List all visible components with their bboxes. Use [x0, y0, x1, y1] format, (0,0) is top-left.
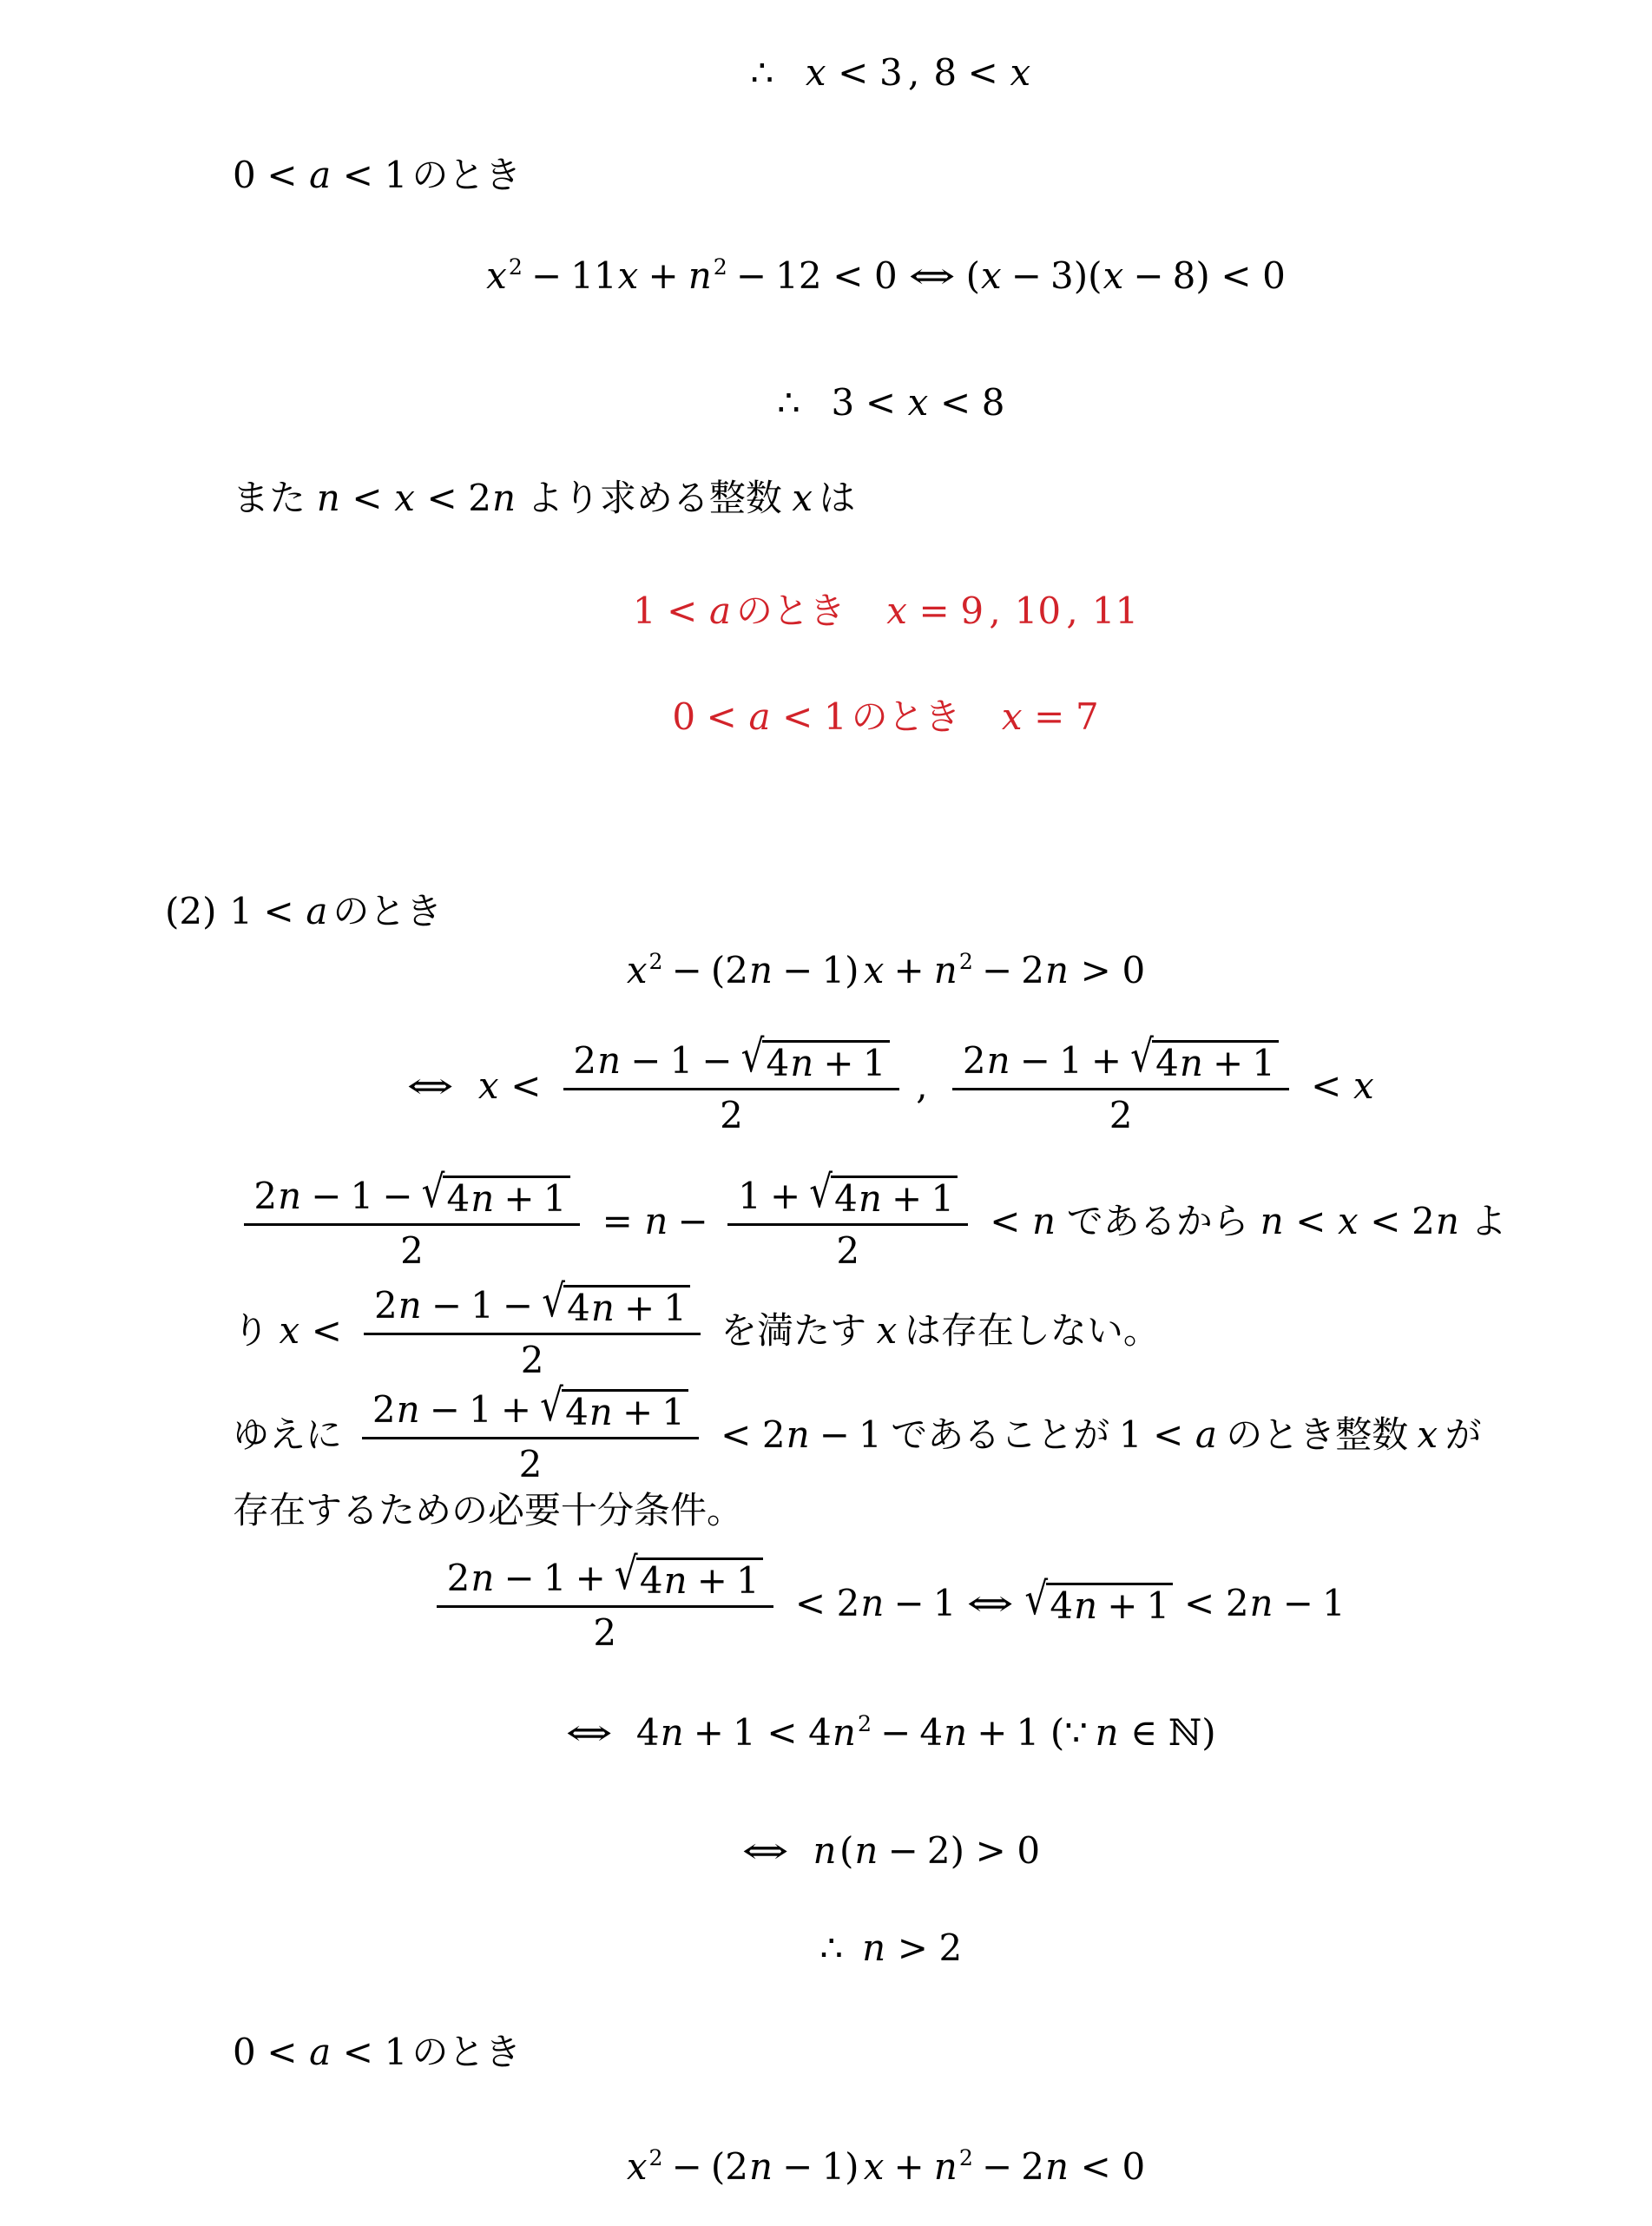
math-token: のとき [411, 2031, 521, 2073]
math-token: − [672, 949, 702, 991]
square-root: √4n+1 [1130, 1040, 1279, 1083]
fraction: 1+√4n+12 [727, 1174, 968, 1274]
document-page: { "colors": { "text": "#000000", "answer… [0, 0, 1652, 2226]
math-token: n [933, 949, 958, 991]
math-token: < [1295, 1200, 1326, 1242]
math-token: 4 [636, 1711, 660, 1754]
radical-icon: √ [809, 1167, 833, 1216]
math-token: − [1133, 254, 1163, 297]
math-token: x [907, 381, 930, 424]
math-token: ( [839, 1829, 853, 1872]
eq-quadratic-lt-0: x2−(2n−1)x+n2−2n<0 [119, 2144, 1652, 2190]
math-token: x [876, 1309, 898, 1352]
radicand: 4n+1 [563, 1285, 690, 1328]
superscript: 2 [858, 1711, 872, 1736]
math-token: 1 [633, 589, 656, 632]
math-token: 存在するための必要十分条件。 [233, 1489, 743, 1531]
math-token: a [708, 589, 732, 632]
math-token: ) [1201, 1711, 1215, 1754]
math-token: 4 [640, 1559, 663, 1602]
math-token: x [1009, 51, 1031, 94]
math-token: n [1073, 1584, 1098, 1627]
math-token: < [312, 1309, 342, 1352]
math-token: 7 [1076, 695, 1099, 738]
math-token: n [688, 254, 713, 297]
math-token: − [736, 254, 767, 297]
math-token: 1 [1147, 1584, 1170, 1627]
eq-n-n-minus-2: ⇔n(n−2)>0 [119, 1828, 1652, 1874]
math-token: < [990, 1200, 1020, 1242]
math-token: n [1435, 1200, 1460, 1242]
math-token: n [853, 1829, 879, 1872]
math-token: ℕ [1168, 1711, 1201, 1754]
math-token: 1 [821, 949, 845, 991]
math-token: x [393, 477, 416, 519]
math-token: 2 [573, 1039, 596, 1082]
math-token: ⇔ [908, 254, 956, 300]
math-token: a [1195, 1413, 1218, 1456]
math-token: n [589, 1391, 614, 1433]
math-token: 2 [725, 949, 748, 991]
math-token: − [531, 254, 562, 297]
math-token: , [1066, 589, 1077, 632]
math-token: < [427, 477, 457, 519]
math-token: x [279, 1309, 301, 1352]
math-token: ∈ [1130, 1711, 1157, 1754]
math-token: + [624, 1287, 655, 1329]
therefore-3-x-8: ∴3<x<8 [119, 380, 1652, 426]
fraction-denominator: 2 [437, 1605, 773, 1656]
math-token: − [503, 1284, 533, 1327]
math-token: ( [966, 254, 980, 297]
math-token: < [1153, 1413, 1183, 1456]
math-token: , [916, 1064, 927, 1107]
math-token: ∴ [750, 51, 773, 94]
math-token: 2 [837, 1582, 860, 1624]
math-token: ⇔ [407, 1064, 455, 1110]
math-token: のとき [411, 154, 521, 196]
radical-icon: √ [422, 1167, 445, 1216]
square-root: √4n+1 [741, 1040, 890, 1083]
radicand: 4n+1 [762, 1040, 889, 1083]
math-token: n [660, 1711, 685, 1754]
math-token: 1 [1252, 1042, 1275, 1084]
math-token: x [863, 949, 885, 991]
fraction-numerator: 1+√4n+1 [727, 1174, 968, 1223]
math-token: = [602, 1200, 633, 1242]
text-integer-condition: またn<x<2nより求める整数xは [233, 476, 855, 522]
fraction: 2n−1+√4n+12 [952, 1038, 1289, 1139]
math-token: n [1044, 949, 1070, 991]
math-token: 0 [1262, 254, 1286, 297]
math-token: ) [845, 949, 859, 991]
math-token: − [888, 1829, 918, 1872]
superscript: 2 [959, 2145, 973, 2170]
math-token: − [819, 1413, 850, 1456]
math-token: ) [845, 2145, 859, 2188]
math-token: が [1445, 1413, 1482, 1456]
radicand: 4n+1 [1046, 1583, 1173, 1626]
math-token: < [352, 477, 382, 519]
math-token: のとき [852, 695, 961, 738]
math-token: 1 [738, 1175, 761, 1217]
square-root: √4n+1 [422, 1176, 570, 1219]
math-token: ( [1050, 1711, 1064, 1754]
math-token: n [1249, 1582, 1274, 1624]
math-token: < [264, 890, 294, 932]
math-token: < [721, 1413, 751, 1456]
fraction: 2n−1−√4n+12 [244, 1174, 581, 1274]
math-token: − [311, 1175, 341, 1217]
math-token: 0 [233, 154, 256, 196]
math-token: 1 [1059, 1039, 1083, 1082]
fraction: 2n−1+√4n+12 [437, 1556, 773, 1656]
math-token: 1 [863, 1042, 886, 1084]
math-token: a [305, 890, 328, 932]
math-token: n [398, 1284, 423, 1327]
math-token: n [316, 477, 341, 519]
math-token: ) [951, 1829, 964, 1872]
math-token: 2 [1226, 1582, 1249, 1624]
math-token: 2 [1412, 1200, 1435, 1242]
square-root: √4n+1 [809, 1176, 958, 1219]
math-token: x [485, 254, 508, 297]
math-token: x [1001, 695, 1023, 738]
radical-icon: √ [1130, 1031, 1154, 1081]
math-token: + [1091, 1039, 1122, 1082]
math-token: 1 [1322, 1582, 1346, 1624]
math-token: < [267, 154, 297, 196]
math-token: a [308, 2031, 332, 2073]
math-token: − [782, 2145, 813, 2188]
math-token: + [503, 1177, 534, 1220]
math-token: ⇔ [741, 1828, 789, 1874]
square-root: √4n+1 [542, 1285, 690, 1328]
math-token: は [819, 477, 855, 519]
math-token: − [678, 1200, 708, 1242]
fraction-denominator: 2 [727, 1223, 968, 1274]
math-token: x [805, 51, 827, 94]
math-token: 12 [775, 254, 821, 297]
math-token: + [694, 1711, 724, 1754]
math-token: − [431, 1284, 462, 1327]
para-sufficient-condition-1: ゆえに2n−1+√4n+12<2n−1であることが1<aのとき整数xが [233, 1387, 1482, 1488]
math-token: n [943, 1711, 968, 1754]
math-token: x [980, 254, 1003, 297]
math-token: x [1102, 254, 1125, 297]
math-token: < [343, 2031, 373, 2073]
math-token: 0 [1122, 2145, 1145, 2188]
math-token: 1 [1017, 1711, 1040, 1754]
math-token: x [617, 254, 640, 297]
math-token: 2 [372, 1388, 396, 1431]
math-token: 8 [982, 381, 1005, 424]
math-token: − [430, 1388, 460, 1431]
math-token: 2 [1109, 1094, 1133, 1136]
square-root: √4n+1 [1024, 1583, 1173, 1626]
math-token: + [648, 254, 678, 297]
section-2-case-label: (2)1<aのとき [165, 889, 442, 935]
math-token: n [596, 1039, 622, 1082]
square-root: √4n+1 [615, 1558, 763, 1601]
math-token: 2 [521, 1339, 544, 1381]
math-token: ∵ [1064, 1711, 1088, 1754]
fraction-denominator: 2 [364, 1333, 701, 1384]
radicand: 4n+1 [562, 1389, 688, 1432]
math-token: )( [1074, 254, 1102, 297]
math-token: + [894, 2145, 925, 2188]
math-token: < [940, 381, 971, 424]
math-token: < [667, 589, 697, 632]
math-token: n [491, 477, 517, 519]
math-token: − [1020, 1039, 1050, 1082]
case-0-a-1-label: 0<a<1のとき [233, 153, 521, 199]
math-token: 4 [834, 1177, 858, 1220]
math-token: − [672, 2145, 702, 2188]
math-token: 11 [1092, 589, 1138, 632]
math-token: ) [1195, 254, 1209, 297]
math-token: n [1095, 1711, 1120, 1754]
math-token: 1 [821, 2145, 845, 2188]
math-token: x [626, 2145, 648, 2188]
math-token: 3 [879, 51, 903, 94]
math-token: より求める整数 [527, 477, 782, 519]
math-token: 1 [733, 1711, 756, 1754]
math-token: n [663, 1559, 688, 1602]
math-token: 8 [1173, 254, 1196, 297]
math-token: x [791, 477, 813, 519]
square-root: √4n+1 [540, 1389, 688, 1432]
math-token: 2 [374, 1284, 398, 1327]
math-token: のとき [332, 890, 442, 932]
math-token: 0 [672, 695, 695, 738]
math-token: n [858, 1177, 883, 1220]
math-token: a [308, 154, 332, 196]
math-token: < [767, 1711, 797, 1754]
math-token: < [968, 51, 998, 94]
math-token: 4 [1155, 1042, 1179, 1084]
math-token: であることが [891, 1413, 1109, 1456]
math-token: n [470, 1557, 495, 1599]
math-token: − [982, 949, 1012, 991]
math-token: 4 [447, 1177, 471, 1220]
math-token: 1 [543, 1177, 567, 1220]
math-token: n [859, 1582, 885, 1624]
math-token: n [861, 1926, 886, 1969]
math-token: < [510, 1064, 541, 1107]
math-token: 2 [720, 1094, 743, 1136]
math-token: + [1107, 1584, 1137, 1627]
eq-iff-x-bounds: ⇔x<2n−1−√4n+12,2n−1+√4n+12<x [119, 1038, 1652, 1139]
radicand: 4n+1 [636, 1558, 763, 1601]
math-token: 2 [593, 1611, 616, 1654]
math-token: 2 [253, 1175, 277, 1217]
math-token: 4 [1050, 1584, 1073, 1627]
math-token: n [748, 949, 773, 991]
radicand: 4n+1 [1152, 1040, 1279, 1083]
math-token: , [908, 51, 919, 94]
math-token: < [1221, 254, 1251, 297]
math-token: x [477, 1064, 500, 1107]
math-token: , [989, 589, 1000, 632]
math-token: − [782, 949, 813, 991]
math-token: < [1370, 1200, 1400, 1242]
math-token: − [894, 1582, 925, 1624]
fraction-denominator: 2 [244, 1223, 581, 1274]
math-token: は存在しない。 [905, 1309, 1160, 1352]
superscript: 2 [714, 254, 727, 280]
math-token: + [894, 949, 925, 991]
fraction: 2n−1+√4n+12 [362, 1387, 699, 1488]
math-token: < [707, 695, 737, 738]
case-0-a-1-label-2: 0<a<1のとき [233, 2030, 521, 2076]
math-token: x [1353, 1064, 1375, 1107]
math-token: 0 [874, 254, 898, 297]
math-token: 1 [736, 1559, 760, 1602]
math-token: (2) [165, 890, 217, 932]
eq-quadratic-gt-0: x2−(2n−1)x+n2−2n>0 [119, 948, 1652, 994]
math-token: < [833, 254, 863, 297]
math-token: n [1031, 1200, 1056, 1242]
math-token: 2 [468, 477, 491, 519]
therefore-x-ranges: ∴x<3,8<x [119, 50, 1652, 96]
math-token: 2 [1021, 949, 1044, 991]
math-token: n [396, 1388, 421, 1431]
math-token: のとき整数 [1226, 1413, 1408, 1456]
math-token: n [986, 1039, 1011, 1082]
fraction-denominator: 2 [563, 1088, 900, 1139]
radicand: 4n+1 [831, 1176, 958, 1219]
math-token: ⇔ [565, 1710, 613, 1756]
math-token: > [976, 1829, 1006, 1872]
math-token: であるから [1067, 1200, 1249, 1242]
math-token: 2 [400, 1229, 424, 1272]
math-token: n [643, 1200, 668, 1242]
math-token: < [267, 2031, 297, 2073]
math-token: ∴ [819, 1926, 843, 1969]
math-token: 4 [565, 1391, 589, 1433]
math-token: > [1081, 949, 1111, 991]
math-token: ( [711, 949, 725, 991]
math-token: n [1179, 1042, 1204, 1084]
math-token: 1 [661, 1391, 685, 1433]
radical-icon: √ [1024, 1573, 1048, 1623]
math-token: 1 [670, 1039, 694, 1082]
math-token: 2 [963, 1039, 986, 1082]
math-token: 1 [351, 1175, 374, 1217]
math-token: < [782, 695, 813, 738]
math-token: − [982, 2145, 1012, 2188]
math-token: 0 [233, 2031, 256, 2073]
math-token: 4 [808, 1711, 832, 1754]
fraction-numerator: 2n−1−√4n+1 [563, 1038, 900, 1088]
math-token: 0 [1017, 1829, 1040, 1872]
math-token: + [501, 1388, 531, 1431]
math-token: < [1311, 1064, 1341, 1107]
math-token: 1 [543, 1557, 567, 1599]
math-token: 2 [762, 1413, 786, 1456]
math-token: 3 [1050, 254, 1074, 297]
eq-factored-quadratic: x2−11x+n2−12<0⇔(x−3)(x−8)<0 [119, 254, 1652, 300]
eq-expanded: ⇔4n+1<4n2−4n+1(∵n∈ℕ) [119, 1710, 1652, 1756]
math-token: n [812, 1829, 837, 1872]
math-token: n [1044, 2145, 1070, 2188]
math-token: 1 [469, 1388, 492, 1431]
math-token: 2 [447, 1557, 471, 1599]
math-token: + [892, 1177, 922, 1220]
math-token: 1 [859, 1413, 882, 1456]
math-token: ( [711, 2145, 725, 2188]
math-token: 1 [824, 695, 847, 738]
math-token: n [832, 1711, 857, 1754]
radical-icon: √ [615, 1549, 638, 1598]
math-token: n [1260, 1200, 1285, 1242]
math-token: = [919, 589, 950, 632]
math-token: のとき [736, 589, 846, 632]
math-token: 2 [1021, 2145, 1044, 2188]
fraction: 2n−1−√4n+12 [563, 1038, 900, 1139]
math-token: 1 [385, 2031, 408, 2073]
math-token: 1 [931, 1177, 954, 1220]
math-token: x [626, 949, 648, 991]
math-token: x [1337, 1200, 1359, 1242]
math-token: 1 [1119, 1413, 1142, 1456]
math-token: + [823, 1042, 853, 1084]
math-token: 2 [836, 1229, 859, 1272]
math-token: + [770, 1175, 800, 1217]
math-token: − [504, 1557, 535, 1599]
math-token: x [885, 589, 908, 632]
fraction-denominator: 2 [362, 1437, 699, 1488]
math-token: 10 [1015, 589, 1061, 632]
para-fraction-compare-2: りx<2n−1−√4n+12を満たすxは存在しない。 [233, 1283, 1160, 1384]
math-token: 2 [519, 1443, 543, 1485]
math-token: x [863, 2145, 885, 2188]
math-token: n [789, 1042, 814, 1084]
superscript: 2 [959, 949, 973, 974]
math-token: < [343, 154, 373, 196]
math-token: 2 [725, 2145, 748, 2188]
fraction-numerator: 2n−1+√4n+1 [952, 1038, 1289, 1088]
math-token: − [880, 1711, 911, 1754]
math-token: を満たす [721, 1309, 866, 1352]
math-token: x [1416, 1413, 1438, 1456]
math-token: + [576, 1557, 606, 1599]
math-token: よ [1471, 1200, 1507, 1242]
math-token: 9 [960, 589, 984, 632]
math-token: < [1081, 2145, 1111, 2188]
math-token: < [795, 1582, 826, 1624]
math-token: − [1283, 1582, 1313, 1624]
math-token: − [382, 1175, 412, 1217]
math-token: < [1184, 1582, 1214, 1624]
math-token: + [977, 1711, 1007, 1754]
math-token: 1 [385, 154, 408, 196]
fraction-numerator: 2n−1+√4n+1 [362, 1387, 699, 1437]
radicand: 4n+1 [443, 1176, 569, 1219]
math-token: 3 [832, 381, 855, 424]
para-fraction-compare-1: 2n−1−√4n+12=n−1+√4n+12<nであるからn<x<2nよ [233, 1174, 1507, 1274]
math-token: 1 [471, 1284, 494, 1327]
math-token: 8 [933, 51, 957, 94]
math-token: < [865, 381, 896, 424]
math-token: n [590, 1287, 615, 1329]
math-token: ゆえに [233, 1413, 342, 1456]
math-token: n [933, 2145, 958, 2188]
math-token: n [786, 1413, 811, 1456]
math-token: + [1213, 1042, 1243, 1084]
radical-icon: √ [542, 1276, 565, 1326]
